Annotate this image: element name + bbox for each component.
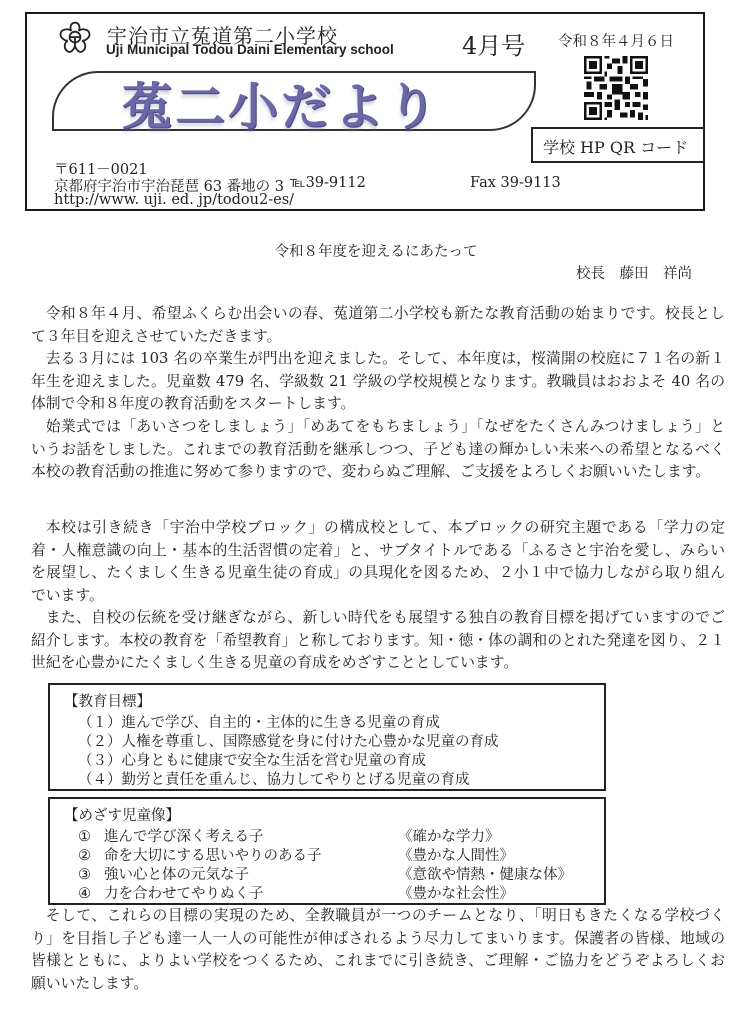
- education-goals-box: 【教育目標】 （１）進んで学び、自主的・主体的に生きる児童の育成 （２）人権を尊…: [48, 683, 606, 791]
- goal-item: （１）進んで学び、自主的・主体的に生きる児童の育成: [78, 711, 440, 732]
- article-title: 令和８年度を迎えるにあたって: [0, 240, 752, 261]
- paragraph: 去る３月には 103 名の卒業生が門出を迎えました。そして、本年度は，桜満開の校…: [31, 348, 725, 416]
- paragraph: 本校は引き続き「宇治中学校ブロック」の構成校として、本ブロックの研究主題である「…: [31, 517, 725, 607]
- paragraph: また、自校の伝統を受け継ぎながら、新しい時代をも展望する独自の教育目標を掲げてい…: [31, 607, 725, 675]
- ideal-child-item: ③強い心と体の元気な子: [78, 863, 249, 884]
- item-number: ④: [78, 886, 104, 902]
- paragraph: 令和８年４月、希望ふくらむ出会いの春、菟道第二小学校も新たな教育活動の始まりです…: [31, 303, 725, 348]
- ideal-child-box: 【めざす児童像】 ①進んで学び深く考える子 《確かな学力》 ②命を大切にする思い…: [48, 797, 606, 905]
- school-name-english: Uji Municipal Todou Daini Elementary sch…: [106, 42, 394, 57]
- qr-code-icon[interactable]: [584, 56, 648, 120]
- issue-number: 4月号: [462, 26, 525, 61]
- item-category: 《豊かな社会性》: [398, 882, 514, 903]
- newsletter-title-banner: 菟二小だより: [52, 71, 536, 131]
- newsletter-title: 菟二小だより: [122, 67, 440, 139]
- goal-item: （３）心身ともに健康で安全な生活を営む児童の育成: [78, 749, 426, 770]
- article-author: 校長 藤田 祥尚: [576, 262, 692, 283]
- ideal-child-item: ①進んで学び深く考える子: [78, 825, 264, 846]
- paragraph: 始業式では「あいさつをしましょう」「めあてをもちましょう」「なぜをたくさんみつけ…: [31, 416, 725, 484]
- item-number: ②: [78, 848, 104, 864]
- item-category: 《確かな学力》: [398, 825, 500, 846]
- qr-label: 学校 HP QR コード: [543, 135, 688, 158]
- education-goals-heading: 【教育目標】: [64, 690, 151, 711]
- item-category: 《意欲や情熱・健康な体》: [398, 863, 572, 884]
- issue-date: 令和８年４月６日: [558, 30, 674, 51]
- school-emblem-icon: [57, 20, 93, 56]
- ideal-child-heading: 【めざす児童像】: [64, 804, 180, 825]
- item-text: 進んで学び深く考える子: [104, 829, 264, 845]
- ideal-child-item: ②命を大切にする思いやりのある子: [78, 844, 322, 865]
- item-text: 強い心と体の元気な子: [104, 867, 249, 883]
- fax: Fax 39-9113: [470, 175, 561, 191]
- item-text: 力を合わせてやりぬく子: [104, 886, 264, 902]
- paragraph: そして、これらの目標の実現のため、全教職員が一つのチームとなり、「明日もきたくな…: [31, 905, 725, 995]
- ideal-child-item: ④力を合わせてやりぬく子: [78, 882, 264, 903]
- goal-item: （２）人権を尊重し、国際感覚を身に付けた心豊かな児童の育成: [78, 730, 499, 751]
- item-number: ①: [78, 829, 104, 845]
- item-text: 命を大切にする思いやりのある子: [104, 848, 322, 864]
- qr-label-box: 学校 HP QR コード: [531, 127, 705, 163]
- telephone: ℡39-9112: [290, 175, 366, 191]
- goal-item: （４）勤労と責任を重んじ、協力してやりとげる児童の育成: [78, 768, 470, 789]
- school-url-link[interactable]: http://www. uji. ed. jp/todou2-es/: [54, 192, 294, 208]
- item-category: 《豊かな人間性》: [398, 844, 514, 865]
- item-number: ③: [78, 867, 104, 883]
